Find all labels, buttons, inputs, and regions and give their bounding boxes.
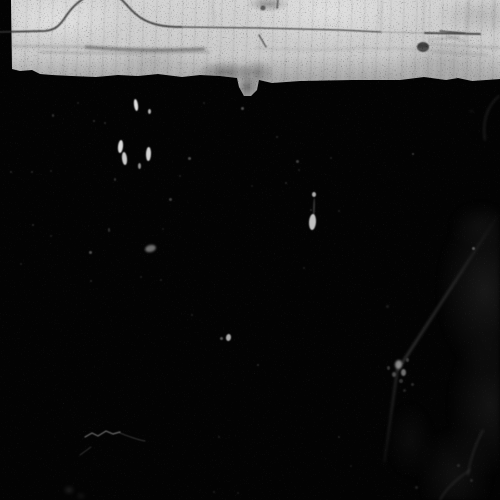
film-speck [179, 175, 181, 177]
film-speck [32, 224, 34, 226]
film-speck [191, 314, 193, 316]
film-speck [251, 185, 253, 187]
film-speck [20, 263, 22, 265]
film-speck [10, 171, 12, 173]
film-speck [140, 276, 142, 278]
film-speck [114, 178, 116, 181]
film-speck [89, 251, 92, 254]
film-speck [52, 114, 54, 117]
film-specks-layer [0, 0, 500, 500]
film-speck [213, 491, 215, 493]
film-speck [162, 228, 164, 230]
film-speck [312, 192, 316, 197]
film-speck [472, 247, 475, 250]
film-speck [338, 436, 340, 438]
film-speck [50, 235, 52, 237]
film-speck [386, 305, 389, 308]
film-speck [93, 120, 95, 122]
film-speck [412, 153, 414, 155]
film-speck [50, 170, 52, 172]
film-speck [310, 209, 312, 211]
film-speck [470, 110, 473, 112]
film-speck [133, 99, 139, 111]
film-speck [146, 147, 151, 161]
film-speck [285, 182, 287, 184]
film-speck [298, 169, 300, 171]
film-speck [144, 244, 156, 254]
film-speck [108, 228, 110, 232]
film-speck [403, 389, 406, 392]
film-speck [338, 210, 340, 212]
film-speck [226, 334, 232, 342]
film-speck [65, 487, 73, 493]
film-speck [218, 436, 220, 438]
film-speck [203, 102, 205, 104]
film-speck [160, 279, 162, 281]
film-speck [169, 198, 172, 201]
film-speck [237, 492, 239, 494]
film-speck [148, 109, 151, 114]
film-speck [394, 359, 402, 369]
film-speck [415, 486, 418, 489]
film-speck [257, 364, 259, 366]
film-speck [303, 267, 305, 269]
film-speck [188, 157, 191, 160]
film-speck [220, 337, 223, 340]
film-speck [350, 465, 352, 467]
film-speck [457, 464, 460, 467]
photograph [0, 0, 500, 500]
film-speck [308, 214, 316, 230]
film-speck [276, 136, 278, 138]
film-speck [296, 160, 299, 163]
film-speck [411, 383, 414, 386]
film-speck [90, 280, 92, 282]
film-speck [31, 171, 33, 173]
film-speck [77, 102, 79, 104]
film-speck [104, 122, 106, 124]
film-speck [399, 379, 403, 383]
film-speck [406, 358, 409, 362]
film-speck [138, 163, 141, 169]
film-speck [387, 366, 390, 370]
film-speck [470, 479, 473, 482]
film-speck [241, 107, 244, 110]
film-speck [121, 152, 127, 165]
film-speck [330, 157, 332, 159]
film-speck [392, 372, 396, 377]
film-speck [401, 369, 406, 376]
film-speck [78, 494, 84, 498]
